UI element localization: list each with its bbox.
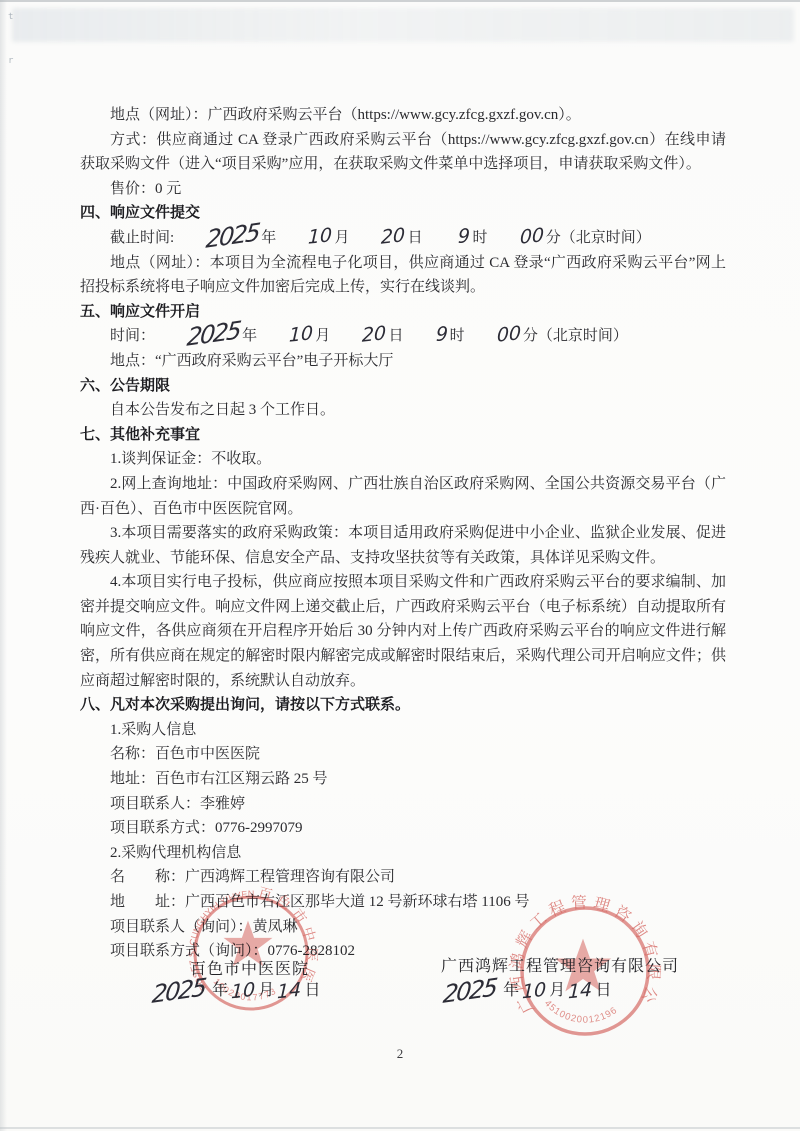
para-other-2: 2.网上查询地址：中国政府采购网、广西壮族自治区政府采购网、全国公共资源交易平台… <box>80 472 726 521</box>
heading-section-8: 八、凡对本次采购提出询问，请按以下方式联系。 <box>80 693 726 718</box>
handwritten-month: 10 <box>278 226 333 251</box>
signature-right-date: 2025 年10月14日 <box>441 977 613 1003</box>
handwritten-year: 2025 <box>151 975 206 1007</box>
signature-right-org: 广西鸿辉工程管理咨询有限公司 <box>441 953 679 976</box>
para-buyer-address: 地址：百色市右江区翔云路 25 号 <box>80 767 726 792</box>
handwritten-day: 14 <box>568 981 593 1003</box>
para-other-1: 1.谈判保证金：不收取。 <box>80 447 726 472</box>
handwritten-minute: 00 <box>489 226 544 251</box>
unit-day: 日 <box>304 982 320 999</box>
para-other-3: 3.本项目需要落实的政府采购政策：本项目适用政府采购促进中小企业、监狱企业发展、… <box>80 521 726 570</box>
scan-artifact-mark: t <box>8 12 13 22</box>
para-buyer-contact: 项目联系人：李雅婷 <box>80 792 726 817</box>
unit-month: 月 <box>315 328 330 344</box>
handwritten-month: 10 <box>231 981 256 1003</box>
para-other-4: 4.本项目实行电子投标，供应商应按照本项目采购文件和广西政府采购云平台的要求编制… <box>80 570 726 693</box>
unit-hour: 时 <box>450 328 465 344</box>
handwritten-year: 2025 <box>442 975 497 1007</box>
handwritten-day: 20 <box>351 226 406 251</box>
unit-month: 月 <box>549 982 565 999</box>
signature-left-date: 2025 年10月14日 <box>150 977 322 1003</box>
handwritten-day: 14 <box>277 981 302 1003</box>
deadline-tail: 分（北京时间） <box>546 230 651 246</box>
para-opening-location: 地点：“广西政府采购云平台”电子开标大厅 <box>80 349 726 374</box>
deadline-label: 截止时间: <box>110 230 174 246</box>
para-submission-deadline: 截止时间:2025年10月20日 9时00分（北京时间） <box>80 226 726 251</box>
page-number: 2 <box>0 1046 800 1062</box>
scan-edge-left <box>0 0 7 1131</box>
handwritten-minute: 00 <box>466 324 521 349</box>
scan-artifact-mark: r <box>8 56 13 66</box>
handwritten-month: 10 <box>522 981 547 1003</box>
handwritten-month: 10 <box>259 324 314 349</box>
heading-section-5: 五、响应文件开启 <box>80 300 726 325</box>
scan-edge-bottom <box>0 1127 800 1129</box>
ink-bleed-band <box>12 8 794 42</box>
unit-day: 日 <box>595 982 611 999</box>
para-announcement-period: 自本公告发布之日起 3 个工作日。 <box>80 398 726 423</box>
heading-section-7: 七、其他补充事宜 <box>80 423 726 448</box>
scan-edge-top <box>0 0 800 2</box>
para-submission-location: 地点（网址）：本项目为全流程电子化项目，供应商通过 CA 登录“广西政府采购云平… <box>80 251 726 300</box>
unit-year: 年 <box>242 328 257 344</box>
unit-hour: 时 <box>473 230 488 246</box>
opening-time-tail: 分（北京时间） <box>523 328 628 344</box>
unit-month: 月 <box>258 982 274 999</box>
handwritten-hour: 9 <box>405 325 448 349</box>
signature-left-org: 百色市中医医院 <box>190 956 309 979</box>
unit-year: 年 <box>261 230 276 246</box>
para-platform-url: 地点（网址）：广西政府采购云平台（https://www.gcy.zfcg.gx… <box>80 103 726 128</box>
para-opening-time: 时间：2025年10月20日9时00分（北京时间） <box>80 324 726 349</box>
handwritten-day: 20 <box>332 324 387 349</box>
heading-section-6: 六、公告期限 <box>80 374 726 399</box>
para-agency-info-title: 2.采购代理机构信息 <box>80 841 726 866</box>
para-price: 售价：0 元 <box>80 177 726 202</box>
unit-year: 年 <box>503 982 519 999</box>
opening-time-label: 时间： <box>110 328 155 344</box>
unit-year: 年 <box>212 982 228 999</box>
unit-day: 日 <box>389 328 404 344</box>
para-buyer-name: 名称：百色市中医医院 <box>80 742 726 767</box>
para-buyer-phone: 项目联系方式：0776-2997079 <box>80 816 726 841</box>
para-agency-name: 名 称：广西鸿辉工程管理咨询有限公司 <box>80 865 726 890</box>
unit-day: 日 <box>408 230 423 246</box>
para-obtain-method: 方式：供应商通过 CA 登录广西政府采购云平台（https://www.gcy.… <box>80 128 726 177</box>
unit-month: 月 <box>334 230 349 246</box>
para-buyer-info-title: 1.采购人信息 <box>80 718 726 743</box>
document-body: 地点（网址）：广西政府采购云平台（https://www.gcy.zfcg.gx… <box>80 103 726 964</box>
handwritten-hour: 9 <box>428 227 471 251</box>
stamp-left-hospital-seal: BOSEZ SI CUNGHYIH YIHYEN 百色市中医医院 1002001… <box>178 880 324 1026</box>
heading-section-4: 四、响应文件提交 <box>80 201 726 226</box>
scanned-document-page: t r 地点（网址）：广西政府采购云平台（https://www.gcy.zfc… <box>0 0 800 1131</box>
